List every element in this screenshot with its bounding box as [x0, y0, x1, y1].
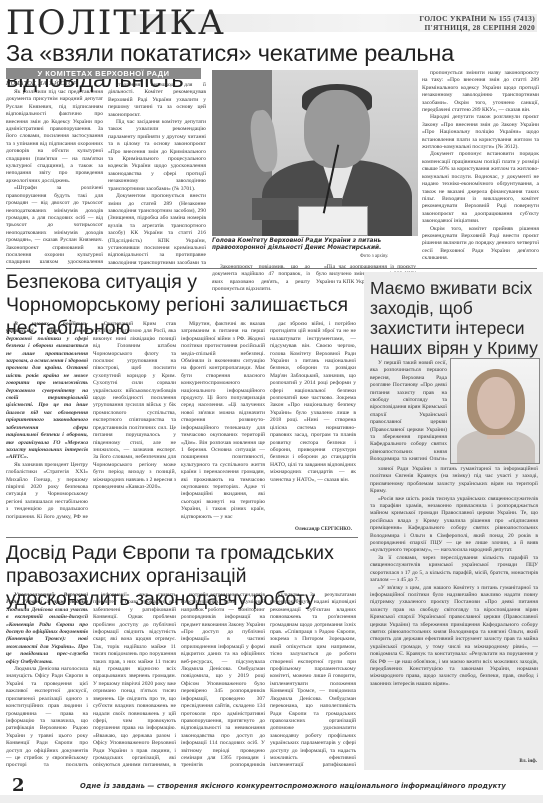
- article3-column-4: культури. За результатами перевірок буду…: [270, 592, 356, 768]
- article2-column-3: Мірутин, фактичні як вказав затриманим в…: [181, 321, 265, 521]
- article1-column-5: пропонується змінити назву законопроєкту…: [422, 70, 539, 266]
- paragraph: Документом пропонується внести зміни до …: [108, 193, 206, 265]
- sidebar-column-below-photo: ховної Ради України з питань гуманітарно…: [370, 466, 538, 756]
- paragraph: створення перешкод для її діяльності. Ко…: [108, 82, 206, 119]
- article1-column-1: Як розлічили під час представлення докум…: [6, 89, 103, 265]
- photo-credit: Фото з архіву.: [360, 254, 388, 259]
- paragraph: ховної Ради України з питань гуманітарно…: [370, 466, 538, 496]
- footer-slogan: Одне із завдань — створення якісного кон…: [80, 782, 506, 790]
- sidebar-source: Вл. інф.: [519, 759, 537, 764]
- paragraph: Документ пропонує встановити порядок ком…: [422, 151, 539, 225]
- sidebar-article: Маємо вживати всіх заходів, щоб захистит…: [364, 272, 543, 770]
- article1-kicker: ПОЧАТОК НА 1-Й СТОР.: [6, 81, 78, 87]
- article2-column-4: дає зброєю війні, і потрібно протидіяти …: [270, 321, 356, 509]
- paragraph: «Штрафи за розлічені правопорушення буду…: [6, 185, 103, 265]
- article3-column-1: Уповноважений Верховної Ради України з п…: [6, 592, 88, 768]
- footer-band: [0, 795, 543, 803]
- photo-denys-monastyrskyi: [212, 70, 418, 236]
- photo-caption: Голова Комітету Верховної Ради України з…: [212, 238, 418, 252]
- paragraph: Як зазначив президент Центру глобалістик…: [6, 462, 88, 521]
- article1-column-2: створення перешкод для її діяльності. Ко…: [108, 82, 206, 265]
- section-title: ПОЛІТИКА: [6, 6, 226, 40]
- sidebar-column-beside-photo: У першій такий новий сесії, яка розпочин…: [370, 360, 447, 464]
- paragraph: Людмила Денісова наголосила значущість О…: [6, 666, 88, 768]
- paragraph: культури. За результатами перевірок буду…: [270, 592, 356, 768]
- page-number: 2: [12, 775, 25, 796]
- photo-yevheniia-kravchuk: [450, 358, 540, 464]
- paragraph: інформації» вже ставить пріоритет і прав…: [93, 592, 176, 768]
- masthead: ПОЛІТИКА ГОЛОС УКРАЇНИ № 155 (7413) П'ЯТ…: [6, 6, 537, 40]
- article3-lead: Уповноважений Верховної Ради України з п…: [6, 592, 88, 666]
- article2-column-1: В умовах російсько-української війни мов…: [6, 321, 88, 521]
- paragraph: дає зброєю війні, і потрібно протидіяти …: [270, 321, 356, 484]
- divider: [6, 268, 537, 269]
- article1-rubric: У КОМІТЕТАХ ВЕРХОВНОЇ РАДИ: [6, 68, 201, 79]
- paragraph: У першій такий новий сесії, яка розпочин…: [370, 360, 447, 464]
- article2-author: Олександр СЕРГІЄНКО.: [295, 527, 352, 532]
- sidebar-headline: Маємо вживати всіх заходів, щоб захистит…: [370, 278, 540, 358]
- paragraph: Мірутин, фактичні як вказав затриманим в…: [181, 321, 265, 521]
- paragraph: «Росія вже шість років тиснула українськ…: [370, 496, 538, 555]
- paragraph: За її словами, через переслідування кіль…: [370, 555, 538, 585]
- article3-column-2: інформації» вже ставить пріоритет і прав…: [93, 592, 176, 768]
- paragraph: «У зв'язку з цим, для нашого Комітету з …: [370, 585, 538, 689]
- paragraph: Під час засідання комітету депутати тако…: [108, 119, 206, 193]
- paragraph: потреби дотримання стандартів конституці…: [181, 592, 265, 768]
- paragraph: пропонується змінити назву законопроєкту…: [422, 70, 539, 114]
- article3-column-3: потреби дотримання стандартів конституці…: [181, 592, 265, 768]
- paragraph: «Окупований Крим став постійним загрозою…: [93, 321, 176, 491]
- issue-info: ГОЛОС УКРАЇНИ № 155 (7413) П'ЯТНИЦЯ, 28 …: [419, 14, 535, 32]
- divider: [6, 537, 358, 538]
- paragraph: Народні депутати також розглянули проєкт…: [422, 114, 539, 151]
- issue-date: П'ЯТНИЦЯ, 28 СЕРПНЯ 2020: [419, 23, 535, 32]
- article2-lead: В умовах російсько-української війни мов…: [6, 321, 88, 462]
- article2-column-2: «Окупований Крим став постійним загрозою…: [93, 321, 176, 521]
- issue-number: ГОЛОС УКРАЇНИ № 155 (7413): [419, 14, 535, 23]
- paragraph: Як розлічили під час представлення докум…: [6, 89, 103, 185]
- paragraph: Окрім того, комітет прийняв рішення реко…: [422, 226, 539, 263]
